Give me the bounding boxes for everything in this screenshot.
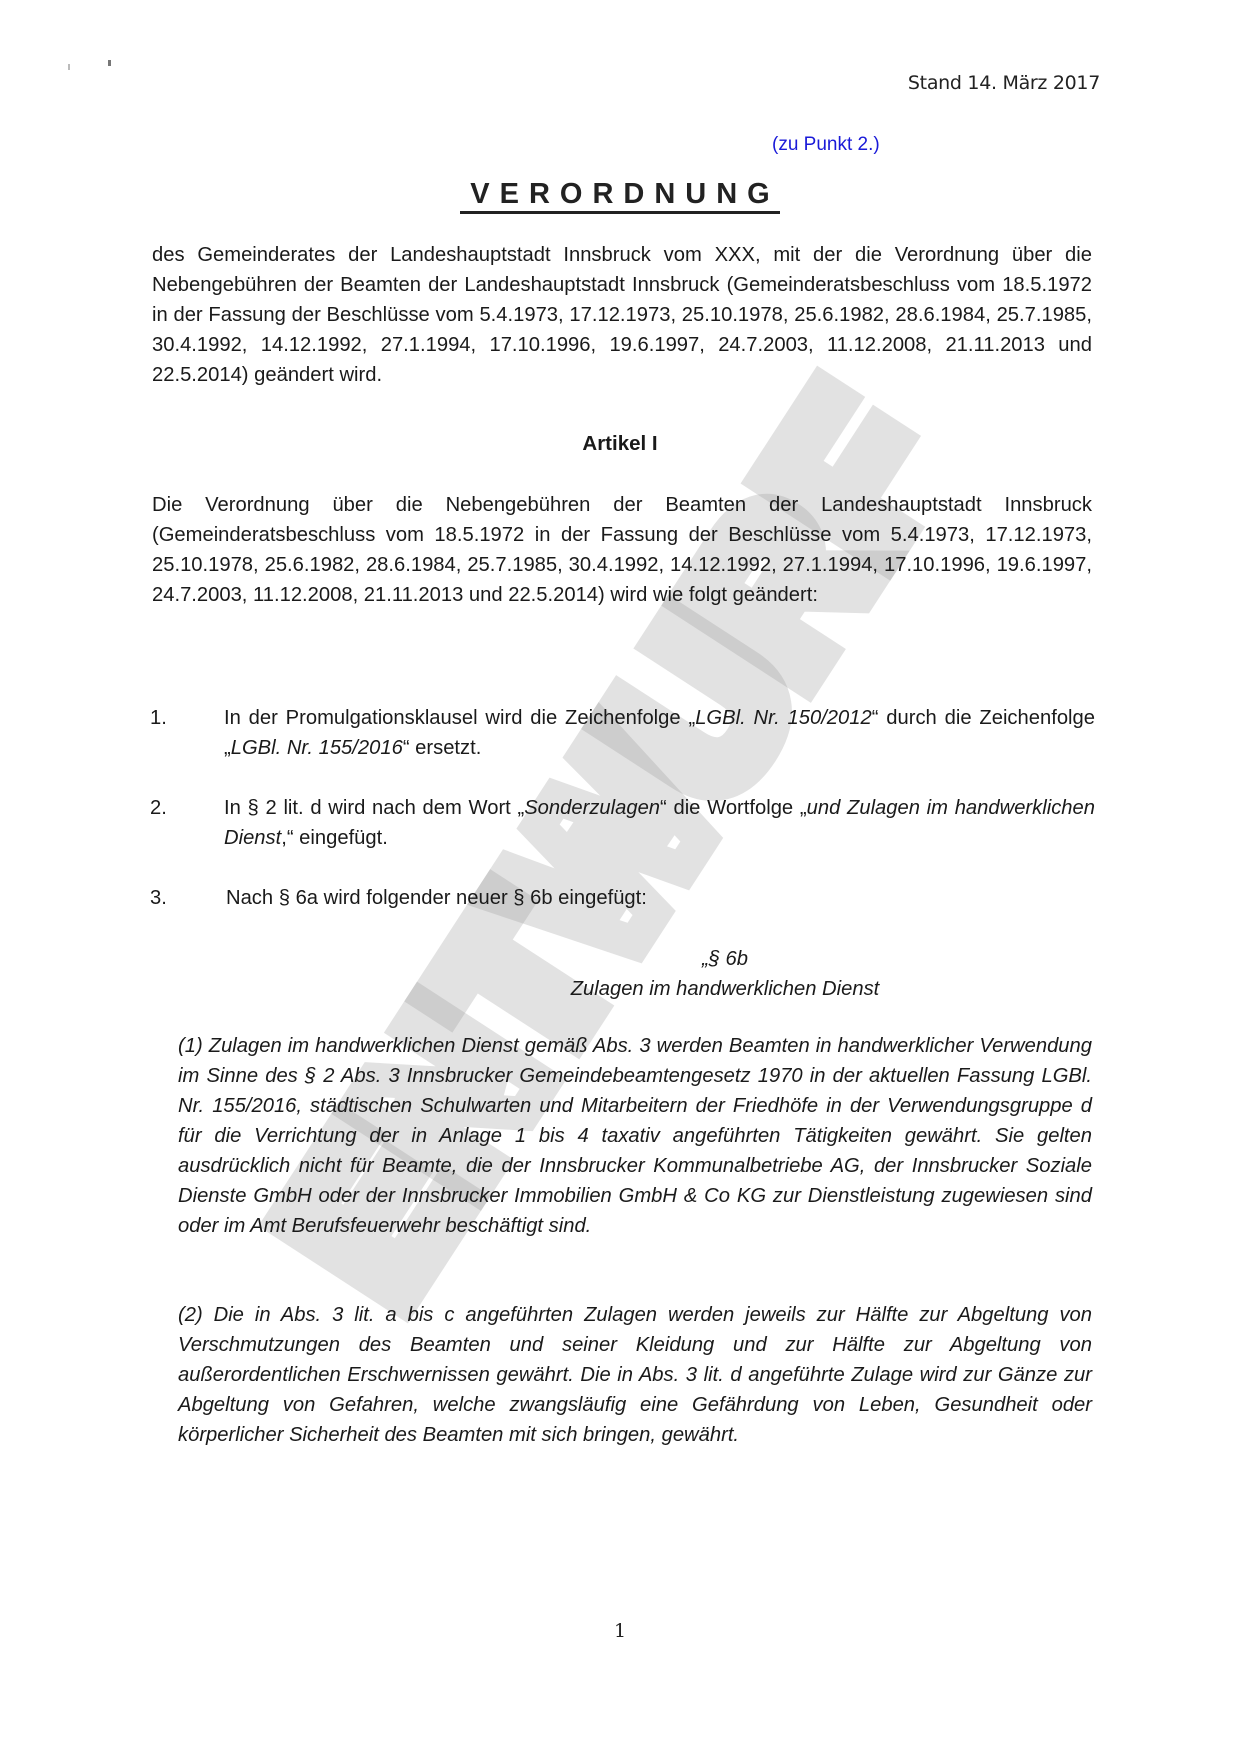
document-page: ENTWURF Stand 14. März 2017 (zu Punkt 2.… (0, 0, 1240, 1753)
item-text-segment: In der Promulgationsklausel wird die Zei… (224, 707, 695, 729)
section-title: Zulagen im handwerklichen Dienst (0, 974, 1240, 1004)
item-text: In § 2 lit. d wird nach dem Wort „Sonder… (224, 793, 1095, 853)
item-text: Nach § 6a wird folgender neuer § 6b eing… (226, 883, 1095, 913)
document-title: VERORDNUNG (460, 178, 779, 214)
scan-mark (68, 64, 70, 70)
document-status-date: Stand 14. März 2017 (908, 72, 1100, 94)
quoted-text: Sonderzulagen (524, 797, 660, 819)
amendment-item: 2. In § 2 lit. d wird nach dem Wort „Son… (150, 793, 1095, 853)
amendment-item: 1. In der Promulgationsklausel wird die … (150, 703, 1095, 763)
page-number: 1 (0, 1620, 1240, 1642)
item-text-segment: In § 2 lit. d wird nach dem Wort „ (224, 797, 524, 819)
scan-artifact-marks (62, 58, 122, 78)
item-text: In der Promulgationsklausel wird die Zei… (224, 703, 1095, 763)
amendment-item: 3. Nach § 6a wird folgender neuer § 6b e… (150, 883, 1095, 913)
scan-mark (108, 60, 111, 66)
agenda-reference: (zu Punkt 2.) (772, 134, 880, 156)
intro-paragraph: des Gemeinderates der Landeshauptstadt I… (152, 240, 1092, 390)
item-text-segment: “ ersetzt. (403, 737, 482, 759)
item-text-segment: “ die Wortfolge „ (660, 797, 807, 819)
section-number: „§ 6b (0, 944, 1240, 974)
item-number: 3. (150, 883, 190, 913)
item-text-segment: ,“ eingefügt. (281, 827, 388, 849)
article-heading: Artikel I (0, 432, 1240, 456)
article-body: Die Verordnung über die Nebengebühren de… (152, 490, 1092, 610)
item-text-segment: Nach § 6a wird folgender neuer § 6b eing… (226, 887, 647, 909)
quoted-text: LGBl. Nr. 150/2012 (695, 707, 872, 729)
section-paragraph-2: (2) Die in Abs. 3 lit. a bis c angeführt… (178, 1300, 1092, 1450)
section-paragraph-1: (1) Zulagen im handwerklichen Dienst gem… (178, 1031, 1092, 1241)
quoted-text: LGBl. Nr. 155/2016 (231, 737, 403, 759)
document-title-block: VERORDNUNG (0, 178, 1240, 211)
item-number: 1. (150, 703, 190, 733)
item-number: 2. (150, 793, 190, 823)
